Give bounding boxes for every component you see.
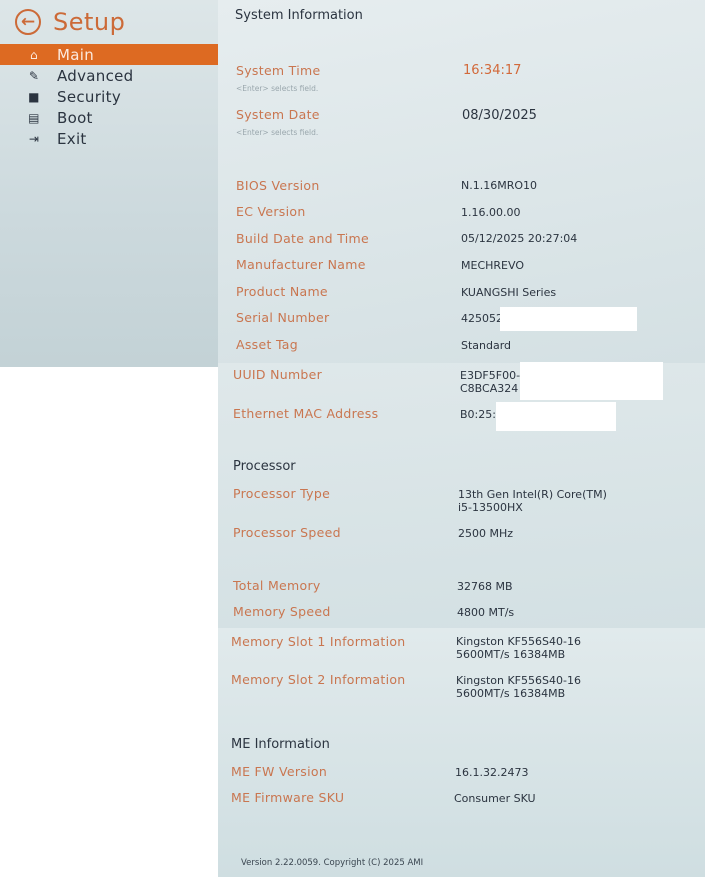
mac-address-value: B0:25: bbox=[460, 408, 496, 421]
bios-version-label: BIOS Version bbox=[236, 178, 320, 193]
total-memory-value: 32768 MB bbox=[457, 580, 513, 593]
sidebar-item-exit[interactable]: ⇥ Exit bbox=[0, 128, 218, 149]
setup-header: ← Setup bbox=[15, 6, 125, 38]
main-panel: System Information System Time 16:34:17 … bbox=[218, 0, 705, 877]
bios-version-value: N.1.16MRO10 bbox=[461, 179, 537, 192]
redaction-box bbox=[500, 307, 637, 331]
memory-slot-2-label: Memory Slot 2 Information bbox=[231, 672, 406, 687]
system-time-value[interactable]: 16:34:17 bbox=[463, 63, 521, 78]
sidebar: ← Setup ⌂ Main ✎ Advanced ■ Security ▤ B… bbox=[0, 0, 218, 367]
product-name-value: KUANGSHI Series bbox=[461, 286, 556, 299]
redaction-box bbox=[496, 402, 616, 431]
me-firmware-sku-value: Consumer SKU bbox=[454, 792, 536, 805]
product-name-label: Product Name bbox=[236, 284, 328, 299]
sidebar-item-label: Security bbox=[57, 88, 121, 106]
home-icon: ⌂ bbox=[25, 48, 43, 62]
ec-version-value: 1.16.00.00 bbox=[461, 206, 520, 219]
uuid-label: UUID Number bbox=[233, 367, 322, 382]
serial-number-label: Serial Number bbox=[236, 310, 329, 325]
system-date-hint: <Enter> selects field. bbox=[236, 128, 318, 137]
sidebar-item-main[interactable]: ⌂ Main bbox=[0, 44, 218, 65]
setup-title: Setup bbox=[53, 8, 125, 36]
me-firmware-sku-label: ME Firmware SKU bbox=[231, 790, 344, 805]
redaction-box bbox=[520, 362, 663, 400]
manufacturer-name-label: Manufacturer Name bbox=[236, 257, 366, 272]
me-fw-version-label: ME FW Version bbox=[231, 764, 327, 779]
ec-version-label: EC Version bbox=[236, 204, 306, 219]
processor-speed-label: Processor Speed bbox=[233, 525, 341, 540]
memory-slot-1-label: Memory Slot 1 Information bbox=[231, 634, 406, 649]
sidebar-item-boot[interactable]: ▤ Boot bbox=[0, 107, 218, 128]
mac-address-label: Ethernet MAC Address bbox=[233, 406, 378, 421]
system-date-value[interactable]: 08/30/2025 bbox=[462, 108, 537, 123]
build-date-value: 05/12/2025 20:27:04 bbox=[461, 232, 577, 245]
serial-number-value: 425052 bbox=[461, 312, 503, 325]
sidebar-item-label: Main bbox=[57, 46, 94, 64]
processor-type-value: 13th Gen Intel(R) Core(TM) i5-13500HX bbox=[458, 488, 607, 514]
processor-speed-value: 2500 MHz bbox=[458, 527, 513, 540]
processor-type-label: Processor Type bbox=[233, 486, 330, 501]
lock-icon: ■ bbox=[25, 90, 43, 104]
panel-bot bbox=[218, 628, 705, 877]
sidebar-item-security[interactable]: ■ Security bbox=[0, 86, 218, 107]
total-memory-label: Total Memory bbox=[233, 578, 321, 593]
sidebar-item-label: Boot bbox=[57, 109, 93, 127]
memory-slot-1-value: Kingston KF556S40-16 5600MT/s 16384MB bbox=[456, 635, 581, 661]
back-arrow-circle-icon[interactable]: ← bbox=[15, 9, 41, 35]
memory-speed-label: Memory Speed bbox=[233, 604, 331, 619]
me-fw-version-value: 16.1.32.2473 bbox=[455, 766, 528, 779]
manufacturer-name-value: MECHREVO bbox=[461, 259, 524, 272]
exit-icon: ⇥ bbox=[25, 132, 43, 146]
system-time-label[interactable]: System Time bbox=[236, 63, 320, 78]
sidebar-item-label: Advanced bbox=[57, 67, 134, 85]
memory-slot-2-value: Kingston KF556S40-16 5600MT/s 16384MB bbox=[456, 674, 581, 700]
system-time-hint: <Enter> selects field. bbox=[236, 84, 318, 93]
nav-menu: ⌂ Main ✎ Advanced ■ Security ▤ Boot ⇥ Ex… bbox=[0, 44, 218, 149]
footer-version: Version 2.22.0059. Copyright (C) 2025 AM… bbox=[241, 858, 423, 868]
build-date-label: Build Date and Time bbox=[236, 231, 369, 246]
sidebar-item-label: Exit bbox=[57, 130, 87, 148]
asset-tag-value: Standard bbox=[461, 339, 511, 352]
section-processor: Processor bbox=[233, 459, 296, 474]
sidebar-item-advanced[interactable]: ✎ Advanced bbox=[0, 65, 218, 86]
wrench-icon: ✎ bbox=[25, 69, 43, 83]
drive-icon: ▤ bbox=[25, 111, 43, 125]
section-me-information: ME Information bbox=[231, 737, 330, 752]
section-system-information: System Information bbox=[235, 8, 363, 23]
uuid-value: E3DF5F00- C8BCA324 bbox=[460, 369, 520, 395]
asset-tag-label: Asset Tag bbox=[236, 337, 298, 352]
system-date-label[interactable]: System Date bbox=[236, 107, 320, 122]
memory-speed-value: 4800 MT/s bbox=[457, 606, 514, 619]
